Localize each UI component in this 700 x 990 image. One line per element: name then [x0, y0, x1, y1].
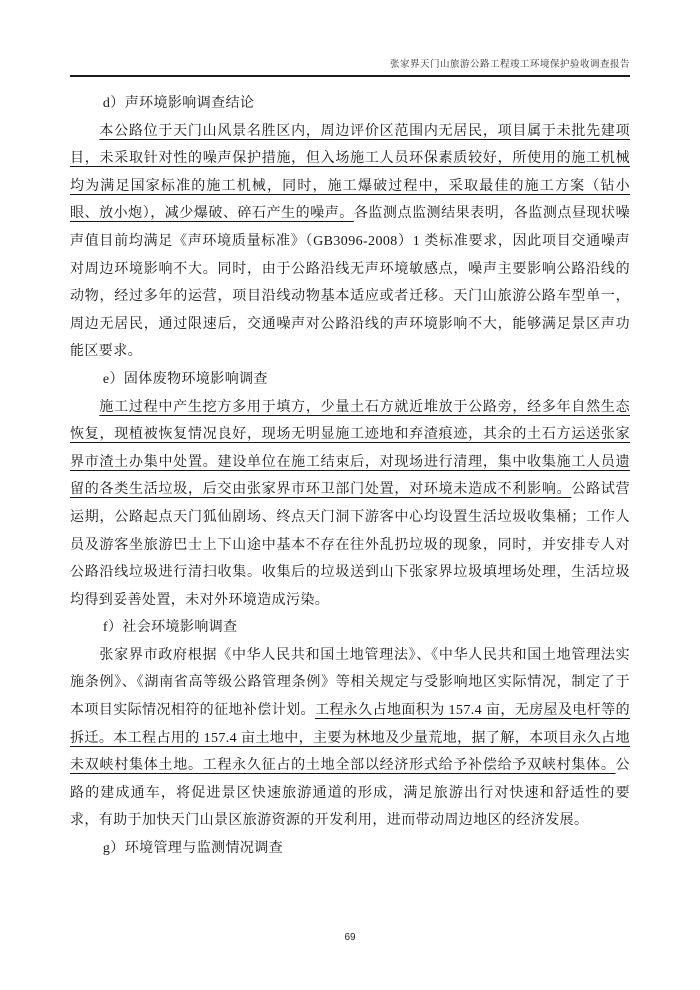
text-run: 各监测点监测结果表明，各监测点昼现状噪声值目前均满足《声环境质量标准》（GB30… — [70, 206, 630, 359]
document-body: d）声环境影响调查结论 本公路位于天门山风景名胜区内，周边评价区范围内无居民，项… — [70, 90, 630, 863]
paragraph-solid-waste: 施工过程中产生挖方多用于填方，少量土石方就近堆放于公路旁，经多年自然生态恢复，现… — [70, 394, 630, 615]
page-header-title: 张家界天门山旅游公路工程竣工环境保护验收调查报告 — [70, 56, 630, 75]
header-rule — [70, 75, 630, 77]
section-heading-g: g）环境管理与监测情况调查 — [70, 835, 630, 863]
text-run-underlined: 施工过程中产生挖方多用于填方，少量土石方就近堆放于公路旁，经多年自然生态恢复，现… — [70, 400, 630, 498]
section-heading-e: e）固体废物环境影响调查 — [70, 366, 630, 394]
section-heading-d: d）声环境影响调查结论 — [70, 90, 630, 118]
text-run: 公路试营运期，公路起点天门狐仙剧场、终点天门洞下游客中心均设置生活垃圾收集桶；工… — [70, 482, 630, 607]
section-heading-f: f）社会环境影响调查 — [70, 614, 630, 642]
page-number: 69 — [0, 932, 700, 943]
paragraph-noise-conclusion: 本公路位于天门山风景名胜区内，周边评价区范围内无居民，项目属于未批先建项目，未采… — [70, 118, 630, 366]
document-page: 张家界天门山旅游公路工程竣工环境保护验收调查报告 d）声环境影响调查结论 本公路… — [0, 0, 700, 990]
paragraph-social-environment: 张家界市政府根据《中华人民共和国土地管理法》、《中华人民共和国土地管理法实施条例… — [70, 642, 630, 835]
